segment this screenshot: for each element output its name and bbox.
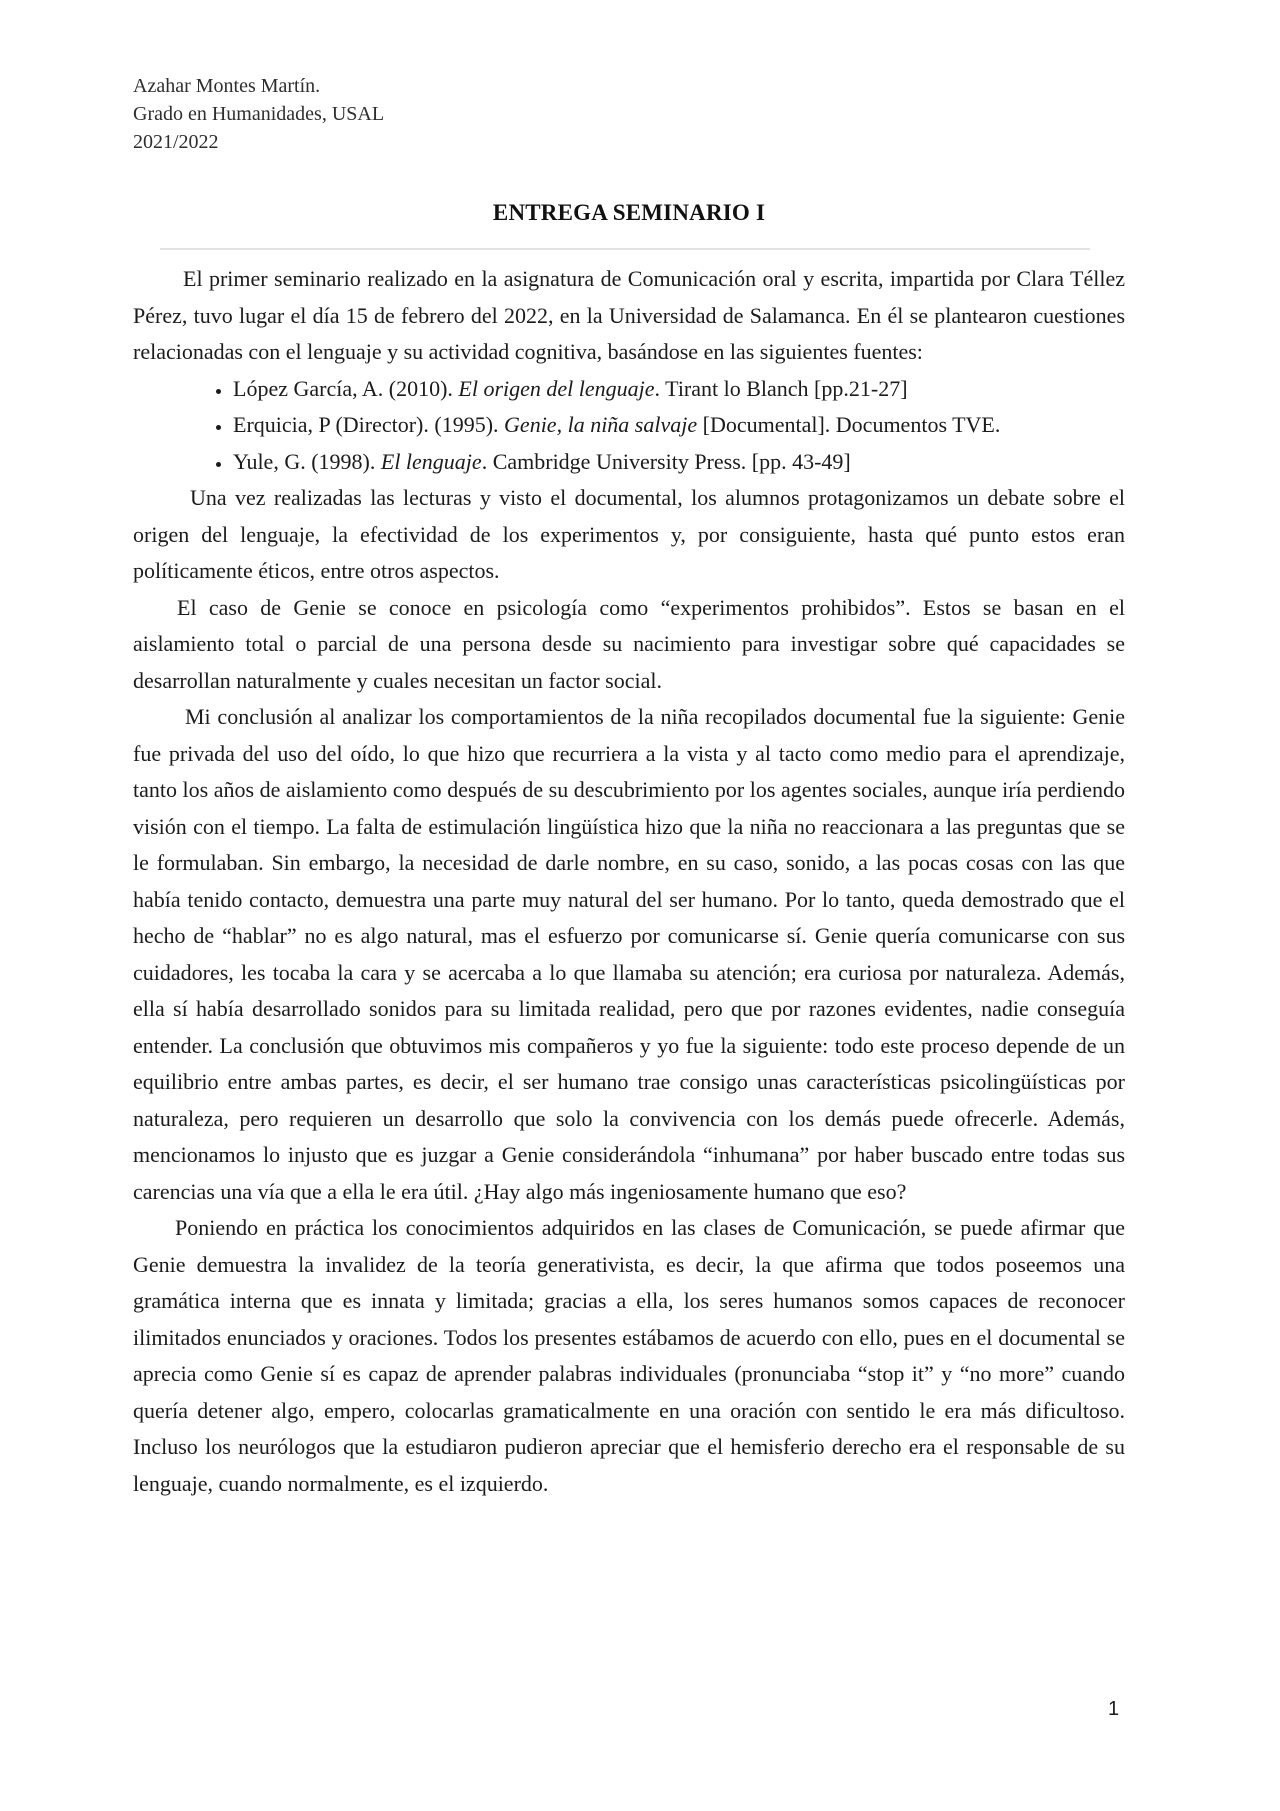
- references-list: López García, A. (2010). El origen del l…: [133, 371, 1125, 481]
- header-author: Azahar Montes Martín.: [133, 72, 1125, 100]
- header-degree: Grado en Humanidades, USAL: [133, 100, 1125, 128]
- document-title: ENTREGA SEMINARIO I: [133, 200, 1125, 226]
- document-page: Azahar Montes Martín. Grado en Humanidad…: [0, 0, 1280, 1811]
- paragraph-genie-case: El caso de Genie se conoce en psicología…: [133, 590, 1125, 700]
- reference-item: Yule, G. (1998). El lenguaje. Cambridge …: [233, 444, 1125, 481]
- reference-text: . Tirant lo Blanch [pp.21-27]: [655, 376, 908, 401]
- header-academic-year: 2021/2022: [133, 128, 1125, 156]
- reference-text: Erquicia, P (Director). (1995).: [233, 412, 504, 437]
- document-body: El primer seminario realizado en la asig…: [133, 261, 1125, 1502]
- page-content: Azahar Montes Martín. Grado en Humanidad…: [133, 0, 1125, 1502]
- reference-text: . Cambridge University Press. [pp. 43-49…: [482, 449, 851, 474]
- paragraph-debate: Una vez realizadas las lecturas y visto …: [133, 480, 1125, 590]
- reference-work-title: El lenguaje: [381, 449, 482, 474]
- paragraph-intro: El primer seminario realizado en la asig…: [133, 261, 1125, 371]
- reference-work-title: El origen del lenguaje: [458, 376, 654, 401]
- reference-text: [Documental]. Documentos TVE.: [697, 412, 1000, 437]
- reference-text: López García, A. (2010).: [233, 376, 458, 401]
- reference-item: Erquicia, P (Director). (1995). Genie, l…: [233, 407, 1125, 444]
- reference-item: López García, A. (2010). El origen del l…: [233, 371, 1125, 408]
- reference-text: Yule, G. (1998).: [233, 449, 381, 474]
- title-divider: [160, 248, 1090, 250]
- paragraph-conclusion: Mi conclusión al analizar los comportami…: [133, 699, 1125, 1210]
- reference-work-title: Genie, la niña salvaje: [504, 412, 697, 437]
- page-number: 1: [1108, 1698, 1119, 1721]
- document-header: Azahar Montes Martín. Grado en Humanidad…: [133, 72, 1125, 156]
- paragraph-theory: Poniendo en práctica los conocimientos a…: [133, 1210, 1125, 1502]
